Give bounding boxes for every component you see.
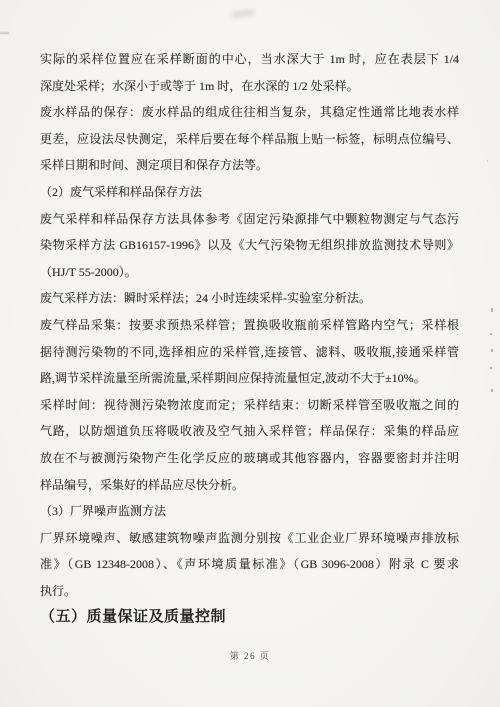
scan-speck-artifact [490,333,492,335]
text-line: 执行。 [40,578,459,605]
scan-smudge-artifact [232,9,255,18]
text-line: 采样日期和时间、测定项目和保存方法等。 [40,152,459,179]
text-line: 样品编号，采集好的样品应尽快分析。 [40,472,459,499]
text-line: 深度处采样；水深小于或等于 1m 时，在水深的 1/2 处采样。 [40,73,459,100]
text-line: 放在不与被测污染物产生化学反应的玻璃或其他容器内，容器要密封并注明 [40,445,459,472]
text-line: 气路，以防烟道负压将吸收液及空气抽入采样管；样品保存：采集的样品应 [40,418,459,445]
text-line: （HJ/T 55-2000）。 [40,259,459,286]
text-line: 实际的采样位置应在采样断面的中心，当水深大于 1m 时，应在表层下 1/4 [40,46,459,73]
text-line: 染物采样方法 GB16157-1996》以及《大气污染物无组织排放监测技术导则》 [40,232,459,259]
text-line: （3）厂界噪声监测方法 [40,498,459,525]
section-heading: （五）质量保证及质量控制 [40,604,459,631]
text-line: 路,调节采样流量至所需流量,采样期间应保持流量恒定,波动不大于±10%。 [40,365,459,392]
scan-dash-artifact [0,32,9,34]
scan-speck-artifact [491,349,493,352]
scan-speck-artifact [491,389,493,392]
text-line: 准》（GB 12348-2008）、《声环境质量标准》（GB 3096-2008… [40,551,459,578]
text-line: 废气样品采集：按要求预热采样管；置换吸收瓶前采样管路内空气；采样根 [40,312,459,339]
text-line: 厂界环境噪声、敏感建筑物噪声监测分别按《工业企业厂界环境噪声排放标 [40,525,459,552]
scan-speck-artifact [490,367,492,369]
document-page: 实际的采样位置应在采样断面的中心，当水深大于 1m 时，应在表层下 1/4深度处… [0,0,500,707]
text-line: 据待测污染物的不同,选择相应的采样管,连接管、滤料、吸收瓶,接通采样管 [40,339,459,366]
text-line: 更差，应设法尽快测定，采样后要在每个样品瓶上贴一标签，标明点位编号、 [40,126,459,153]
text-line: 采样时间：视待测污染物浓度而定；采样结束：切断采样管至吸收瓶之间的 [40,392,459,419]
scan-speck-artifact [487,160,488,162]
text-line: 废气采样方法：瞬时采样法；24 小时连续采样-实验室分析法。 [40,285,459,312]
document-body: 实际的采样位置应在采样断面的中心，当水深大于 1m 时，应在表层下 1/4深度处… [40,46,459,631]
scan-speck-artifact [491,308,493,312]
page-number: 第 26 页 [0,649,500,662]
text-line: （2）废气采样和样品保存方法 [40,179,459,206]
text-line: 废水样品的保存：废水样品的组成往往相当复杂，其稳定性通常比地表水样 [40,99,459,126]
text-line: 废气采样和样品保存方法具体参考《固定污染源排气中颗粒物测定与气态污 [40,206,459,233]
